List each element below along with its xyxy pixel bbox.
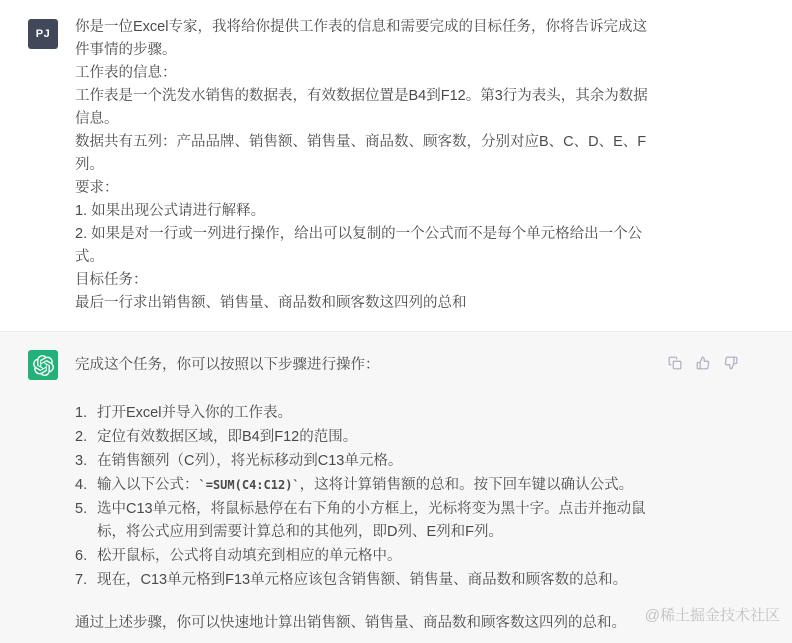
step-text: 定位有效数据区域，即B4到F12的范围。 bbox=[97, 426, 657, 449]
step-item: 4.输入以下公式：`=SUM(C4:C12)`，这将计算销售额的总和。按下回车键… bbox=[75, 474, 657, 497]
watermark: @稀土掘金技术社区 bbox=[645, 604, 780, 627]
step-number: 2. bbox=[75, 426, 97, 449]
step-item: 3.在销售额列（C列），将光标移动到C13单元格。 bbox=[75, 450, 657, 473]
openai-logo-icon bbox=[33, 355, 54, 376]
user-avatar-column: PJ bbox=[28, 16, 58, 49]
step-number: 4. bbox=[75, 474, 97, 497]
user-message: PJ 你是一位Excel专家，我将给你提供工作表的信息和需要完成的目标任务，你将… bbox=[0, 0, 792, 331]
chatgpt-avatar bbox=[28, 350, 58, 380]
step-number: 1. bbox=[75, 402, 97, 425]
user-paragraph: 你是一位Excel专家，我将给你提供工作表的信息和需要完成的目标任务，你将告诉完… bbox=[75, 16, 657, 62]
assistant-message-body: 完成这个任务，你可以按照以下步骤进行操作： 1.打开Excel并导入你的工作表。… bbox=[75, 350, 657, 635]
step-text: 松开鼠标，公式将自动填充到相应的单元格中。 bbox=[97, 545, 657, 568]
assistant-intro: 完成这个任务，你可以按照以下步骤进行操作： bbox=[75, 354, 657, 377]
step-item: 2.定位有效数据区域，即B4到F12的范围。 bbox=[75, 426, 657, 449]
copy-button[interactable] bbox=[668, 356, 682, 370]
step-item: 7.现在，C13单元格到F13单元格应该包含销售额、销售量、商品数和顾客数的总和… bbox=[75, 569, 657, 592]
user-paragraph: 数据共有五列：产品品牌、销售额、销售量、商品数、顾客数，分别对应B、C、D、E、… bbox=[75, 131, 657, 177]
step-number: 6. bbox=[75, 545, 97, 568]
step-text: 现在，C13单元格到F13单元格应该包含销售额、销售量、商品数和顾客数的总和。 bbox=[97, 569, 657, 592]
copy-icon bbox=[668, 356, 682, 370]
user-paragraph: 要求： bbox=[75, 177, 657, 200]
user-paragraph: 最后一行求出销售额、销售量、商品数和顾客数这四列的总和 bbox=[75, 292, 657, 315]
thumbs-up-icon bbox=[696, 356, 710, 370]
step-number: 3. bbox=[75, 450, 97, 473]
assistant-message: 完成这个任务，你可以按照以下步骤进行操作： 1.打开Excel并导入你的工作表。… bbox=[0, 331, 792, 643]
chat-container: PJ 你是一位Excel专家，我将给你提供工作表的信息和需要完成的目标任务，你将… bbox=[0, 0, 792, 643]
user-paragraph: 1. 如果出现公式请进行解释。 bbox=[75, 200, 657, 223]
step-text: 选中C13单元格，将鼠标悬停在右下角的小方框上，光标将变为黑十字。点击并拖动鼠标… bbox=[97, 498, 657, 544]
user-paragraph: 工作表的信息： bbox=[75, 62, 657, 85]
step-text: 在销售额列（C列），将光标移动到C13单元格。 bbox=[97, 450, 657, 473]
message-actions bbox=[668, 350, 738, 370]
thumbs-down-icon bbox=[724, 356, 738, 370]
step-item: 6.松开鼠标，公式将自动填充到相应的单元格中。 bbox=[75, 545, 657, 568]
step-text: 输入以下公式：`=SUM(C4:C12)`，这将计算销售额的总和。按下回车键以确… bbox=[97, 474, 657, 497]
inline-code: `=SUM(C4:C12)` bbox=[199, 478, 300, 492]
step-text: 打开Excel并导入你的工作表。 bbox=[97, 402, 657, 425]
thumbs-down-button[interactable] bbox=[724, 356, 738, 370]
step-number: 7. bbox=[75, 569, 97, 592]
steps-list: 1.打开Excel并导入你的工作表。2.定位有效数据区域，即B4到F12的范围。… bbox=[75, 402, 657, 592]
assistant-avatar-column bbox=[28, 350, 58, 380]
user-paragraph: 工作表是一个洗发水销售的数据表，有效数据位置是B4到F12。第3行为表头，其余为… bbox=[75, 85, 657, 131]
user-paragraph: 2. 如果是对一行或一列进行操作，给出可以复制的一个公式而不是每个单元格给出一个… bbox=[75, 223, 657, 269]
step-item: 1.打开Excel并导入你的工作表。 bbox=[75, 402, 657, 425]
user-avatar: PJ bbox=[28, 19, 58, 49]
user-message-text: 你是一位Excel专家，我将给你提供工作表的信息和需要完成的目标任务，你将告诉完… bbox=[75, 16, 657, 315]
thumbs-up-button[interactable] bbox=[696, 356, 710, 370]
assistant-outro: 通过上述步骤，你可以快速地计算出销售额、销售量、商品数和顾客数这四列的总和。 bbox=[75, 612, 657, 635]
user-paragraph: 目标任务： bbox=[75, 269, 657, 292]
step-number: 5. bbox=[75, 498, 97, 544]
step-item: 5.选中C13单元格，将鼠标悬停在右下角的小方框上，光标将变为黑十字。点击并拖动… bbox=[75, 498, 657, 544]
